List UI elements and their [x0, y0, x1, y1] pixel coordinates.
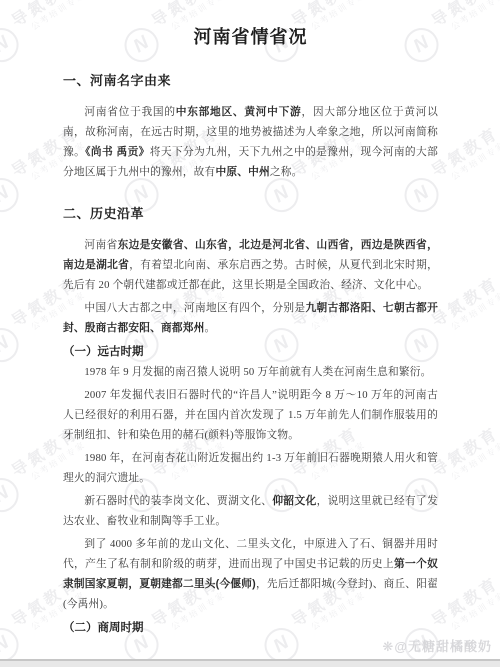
- brand-logo-icon: N: [0, 22, 25, 69]
- brand-logo-letter: N: [0, 332, 13, 358]
- paragraph-xinghuashan-cave: 1980 年，在河南杏花山附近发掘出约 1-3 万年前旧石器晚期猿人用火和管理火…: [63, 448, 438, 488]
- paragraph-nanzhao-ape: 1978 年 9 月发掘的南召猿人说明 50 万年前就有人类在河南生息和繁衍。: [63, 362, 438, 382]
- watermark-brand-name: 导氮教育: [429, 425, 500, 482]
- paragraph-xuchang-man: 2007 年发掘代表旧石器时代的“许昌人”说明距今 8 万～10 万年的河南古人…: [63, 385, 438, 445]
- text-run: 河南省: [84, 239, 117, 251]
- brand-logo-icon: N: [0, 322, 25, 369]
- paragraph-ancient-capitals: 中国八大古都之中，河南地区有四个，分别是九朝古都洛阳、七朝古都开封、殷商古都安阳…: [63, 298, 438, 338]
- section-heading-name-origin: 一、河南名字由来: [63, 70, 438, 89]
- watermark-text: 导氮教育 公考培训专家: [429, 425, 500, 490]
- watermark-brand-name: 导氮教育: [429, 575, 500, 632]
- brand-logo-letter: N: [0, 632, 13, 658]
- bold-run: 仰韶文化: [272, 495, 316, 507]
- watermark-brand-name: 导氮教育: [429, 125, 500, 182]
- text-run: 1978 年 9 月发掘的南召猿人说明 50 万年前就有人类在河南生息和繁衍。: [84, 366, 431, 378]
- watermark-brand-name: 导氮教育: [429, 0, 500, 32]
- text-run: 。: [205, 322, 216, 334]
- credit-badge-icon: ❋: [382, 639, 394, 654]
- brand-logo-letter: N: [0, 32, 13, 58]
- brand-logo-icon: N: [0, 472, 25, 519]
- section-heading-history: 二、历史沿革: [63, 203, 438, 222]
- bold-run: 中东部地区、黄河中下游: [176, 106, 302, 118]
- bold-run: 中原、中州: [215, 166, 269, 178]
- watermark-slogan: 公考培训专家: [450, 590, 500, 633]
- text-run: 到了 4000 多年前的龙山文化、二里头文化，中原进入了石、铜器并用时代，产生了…: [63, 538, 438, 570]
- credit-handle: @无糖甜橘酸奶: [394, 639, 492, 654]
- watermark-slogan: 公考培训专家: [450, 140, 500, 183]
- text-run: 1980 年，在河南杏花山附近发掘出约 1-3 万年前旧石器晚期猿人用火和管理火…: [63, 452, 438, 484]
- text-run: 2007 年发掘代表旧石器时代的“许昌人”说明距今 8 万～10 万年的河南古人…: [63, 389, 438, 441]
- watermark-brand-name: 导氮教育: [429, 275, 500, 332]
- watermark-text: 导氮教育 公考培训专家: [429, 0, 500, 40]
- paragraph-xia-dynasty: 到了 4000 多年前的龙山文化、二里头文化，中原进入了石、铜器并用时代，产生了…: [63, 534, 438, 614]
- bold-run: 《尚书 禹贡》: [85, 146, 150, 158]
- text-run: 之称。: [270, 166, 303, 178]
- watermark-slogan: 公考培训专家: [450, 440, 500, 483]
- watermark-slogan: 公考培训专家: [450, 0, 500, 33]
- text-run: 新石器时代的装李岗文化、贾湖文化、: [84, 495, 272, 507]
- document-content: 河南省情省况 一、河南名字由来 河南省位于我国的中东部地区、黄河中下游，因大部分…: [63, 0, 438, 638]
- subheading-shang-zhou-period: （二）商周时期: [63, 619, 438, 635]
- paragraph-name-origin: 河南省位于我国的中东部地区、黄河中下游，因大部分地区位于黄河以南，故称河南，在远…: [63, 102, 438, 182]
- page-title: 河南省情省况: [63, 23, 438, 49]
- subheading-prehistoric-period: （一）远古时期: [63, 343, 438, 359]
- brand-logo-letter: N: [0, 182, 13, 208]
- watermark-text: 导氮教育 公考培训专家: [429, 575, 500, 640]
- watermark-text: 导氮教育 公考培训专家: [429, 275, 500, 340]
- paragraph-geography: 河南省东边是安徽省、山东省，北边是河北省、山西省，西边是陕西省，南边是湖北省，有…: [63, 235, 438, 295]
- paragraph-neolithic-cultures: 新石器时代的装李岗文化、贾湖文化、仰韶文化，说明这里就已经有了发达农业、畜牧业和…: [63, 491, 438, 531]
- credit-watermark: ❋@无糖甜橘酸奶: [382, 636, 492, 655]
- watermark-slogan: 公考培训专家: [450, 290, 500, 333]
- page-bottom-edge: [0, 659, 500, 667]
- text-run: 河南省位于我国的: [84, 106, 175, 118]
- brand-logo-letter: N: [0, 482, 13, 508]
- document-page: N 导氮教育 公考培训专家 N 导氮教育 公考培训专家 N 导氮教育 公考培训专…: [0, 0, 500, 667]
- brand-logo-icon: N: [0, 172, 25, 219]
- text-run: 中国八大古都之中，河南地区有四个，分别是: [84, 302, 305, 314]
- watermark-text: 导氮教育 公考培训专家: [429, 125, 500, 190]
